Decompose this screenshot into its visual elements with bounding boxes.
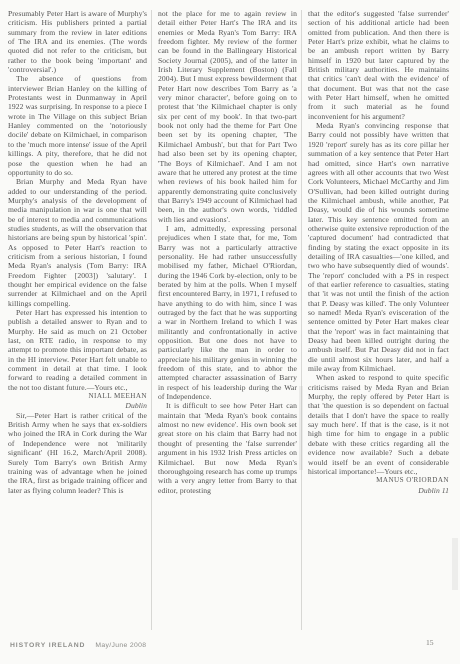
text-column-3: that the editor's suggested 'false surre… (308, 9, 449, 634)
letter-signature-name: NIALL MEEHAN (8, 392, 147, 401)
column-divider (151, 10, 152, 630)
paragraph: When asked to respond to quite specific … (308, 373, 449, 476)
text-column-1: Presumably Peter Hart is aware of Murphy… (8, 9, 147, 634)
scanned-letters-page: { "publication": { "footer_title": "HIST… (0, 0, 460, 664)
paragraph: The absence of questions from interviewe… (8, 74, 147, 177)
paragraph: It is difficult to see how Peter Hart ca… (158, 401, 297, 494)
paragraph: Meda Ryan's convincing response that Bar… (308, 121, 449, 373)
column-divider (301, 10, 302, 630)
page-background: Presumably Peter Hart is aware of Murphy… (0, 0, 460, 664)
letter-signature-place: Dublin 11 (308, 486, 449, 495)
page-number: 15 (426, 638, 434, 647)
paragraph: I am, admittedly, expressing personal pr… (158, 224, 297, 402)
scan-artifact (452, 538, 458, 590)
letter-signature-name: MANUS O'RIORDAN (308, 476, 449, 485)
text-column-2: not the place for me to again review in … (158, 9, 297, 634)
paragraph: that the editor's suggested 'false surre… (308, 9, 449, 121)
paragraph: Peter Hart has expressed his intention t… (8, 308, 147, 392)
paragraph: Sir,—Peter Hart is rather critical of th… (8, 411, 147, 495)
paragraph: Brian Murphy and Meda Ryan have added to… (8, 177, 147, 308)
footer-magazine-title: HISTORY IRELAND (10, 642, 85, 649)
paragraph: not the place for me to again review in … (158, 9, 297, 224)
letter-signature-place: Dublin (8, 401, 147, 410)
paragraph: Presumably Peter Hart is aware of Murphy… (8, 9, 147, 74)
footer-issue-date: May/June 2008 (95, 642, 146, 649)
footer: HISTORY IRELANDMay/June 2008 (10, 642, 146, 649)
